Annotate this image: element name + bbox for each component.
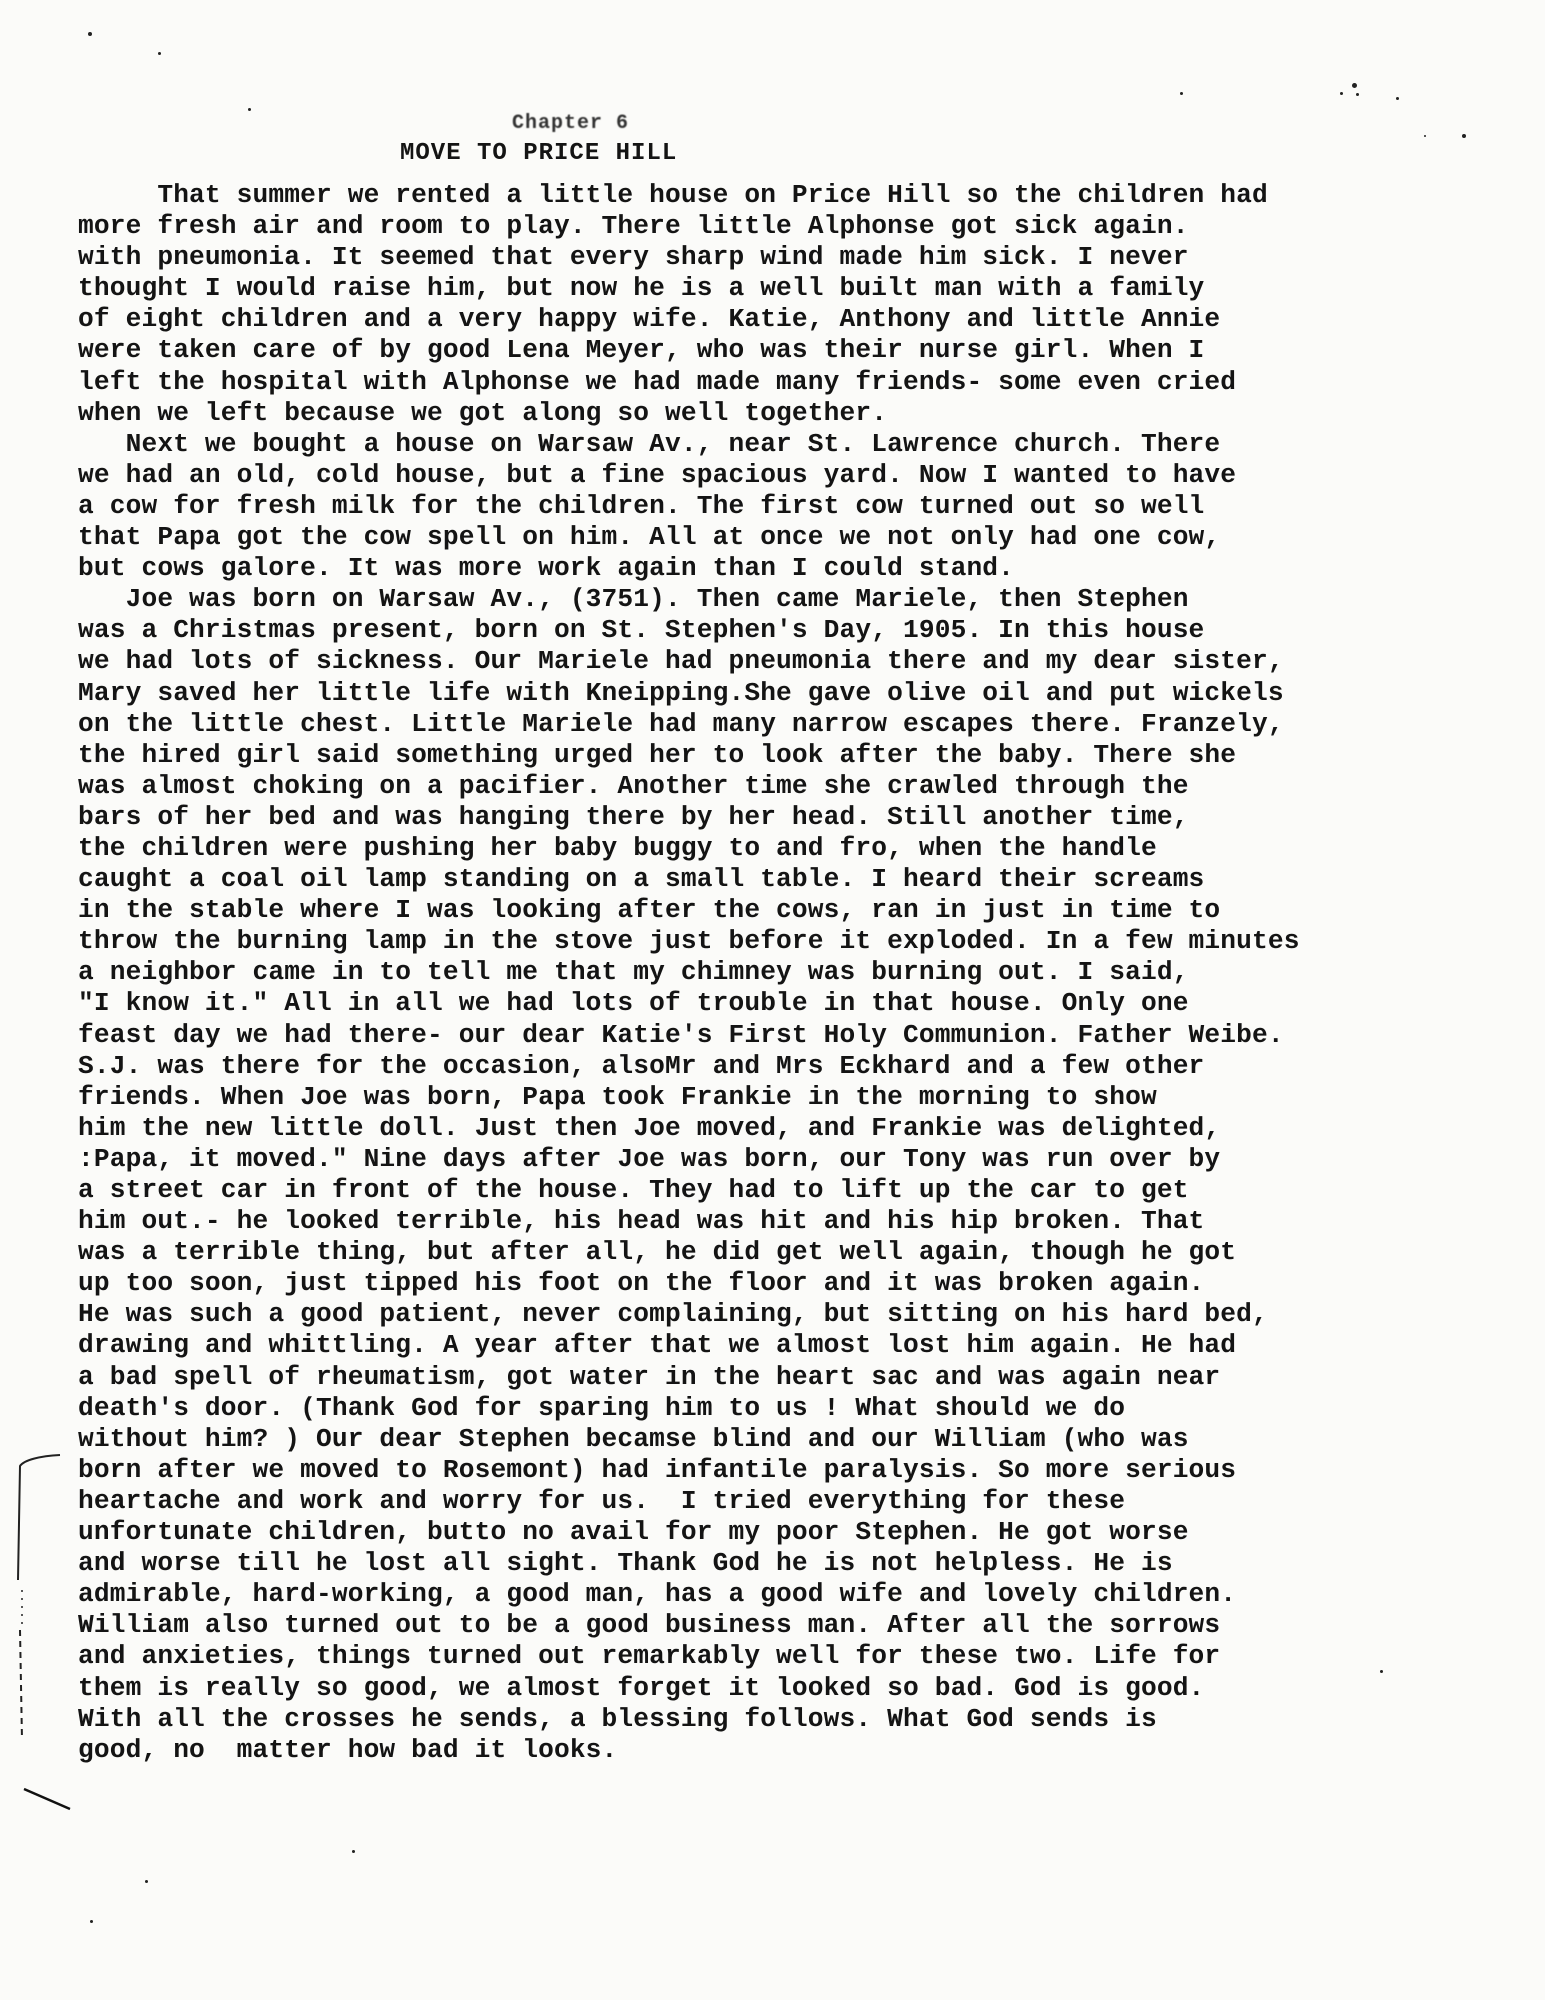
text-line: With all the crosses he sends, a blessin…: [78, 1704, 1498, 1735]
text-line: was a terrible thing, but after all, he …: [78, 1237, 1498, 1268]
text-line: on the little chest. Little Mariele had …: [78, 709, 1498, 740]
margin-bracket-mark: [10, 1450, 70, 1750]
text-line: them is really so good, we almost forget…: [78, 1673, 1498, 1704]
text-line: in the stable where I was looking after …: [78, 895, 1498, 926]
text-line: was a Christmas present, born on St. Ste…: [78, 615, 1498, 646]
text-line: friends. When Joe was born, Papa took Fr…: [78, 1082, 1498, 1113]
text-line: up too soon, just tipped his foot on the…: [78, 1268, 1498, 1299]
text-line: Joe was born on Warsaw Av., (3751). Then…: [78, 584, 1498, 615]
text-line: admirable, hard-working, a good man, has…: [78, 1579, 1498, 1610]
chapter-title: MOVE TO PRICE HILL: [400, 140, 677, 167]
text-line: He was such a good patient, never compla…: [78, 1299, 1498, 1330]
text-line: thought I would raise him, but now he is…: [78, 273, 1498, 304]
scanned-document-page: Chapter 6 MOVE TO PRICE HILL One had h T…: [0, 0, 1545, 2000]
text-line: Next we bought a house on Warsaw Av., ne…: [78, 429, 1498, 460]
text-line: throw the burning lamp in the stove just…: [78, 926, 1498, 957]
text-line: death's door. (Thank God for sparing him…: [78, 1393, 1498, 1424]
text-line: the children were pushing her baby buggy…: [78, 833, 1498, 864]
text-line: heartache and work and worry for us. I t…: [78, 1486, 1498, 1517]
text-line: we had lots of sickness. Our Mariele had…: [78, 646, 1498, 677]
margin-tick-mark: [20, 1785, 80, 1815]
text-line: caught a coal oil lamp standing on a sma…: [78, 864, 1498, 895]
text-line: "I know it." All in all we had lots of t…: [78, 988, 1498, 1019]
text-line: the hired girl said something urged her …: [78, 740, 1498, 771]
text-line: S.J. was there for the occasion, alsoMr …: [78, 1051, 1498, 1082]
text-line: William also turned out to be a good bus…: [78, 1610, 1498, 1641]
text-line: feast day we had there- our dear Katie's…: [78, 1020, 1498, 1051]
text-line: That summer we rented a little house on …: [78, 180, 1498, 211]
text-line: a street car in front of the house. They…: [78, 1175, 1498, 1206]
cropped-edge-note: One had h: [1485, 8, 1545, 148]
text-line: we had an old, cold house, but a fine sp…: [78, 460, 1498, 491]
text-line: him the new little doll. Just then Joe m…: [78, 1113, 1498, 1144]
text-line: unfortunate children, butto no avail for…: [78, 1517, 1498, 1548]
text-line: but cows galore. It was more work again …: [78, 553, 1498, 584]
chapter-label: Chapter 6: [512, 112, 629, 135]
text-line: and anxieties, things turned out remarka…: [78, 1641, 1498, 1672]
text-line: born after we moved to Rosemont) had inf…: [78, 1455, 1498, 1486]
text-line: without him? ) Our dear Stephen becamse …: [78, 1424, 1498, 1455]
text-line: a neighbor came in to tell me that my ch…: [78, 957, 1498, 988]
text-line: was almost choking on a pacifier. Anothe…: [78, 771, 1498, 802]
text-line: and worse till he lost all sight. Thank …: [78, 1548, 1498, 1579]
text-line: :Papa, it moved." Nine days after Joe wa…: [78, 1144, 1498, 1175]
text-line: a bad spell of rheumatism, got water in …: [78, 1362, 1498, 1393]
text-line: bars of her bed and was hanging there by…: [78, 802, 1498, 833]
text-line: a cow for fresh milk for the children. T…: [78, 491, 1498, 522]
document-body: That summer we rented a little house on …: [78, 180, 1498, 1766]
text-line: drawing and whittling. A year after that…: [78, 1330, 1498, 1361]
text-line: left the hospital with Alphonse we had m…: [78, 367, 1498, 398]
text-line: good, no matter how bad it looks.: [78, 1735, 1498, 1766]
text-line: that Papa got the cow spell on him. All …: [78, 522, 1498, 553]
text-line: when we left because we got along so wel…: [78, 398, 1498, 429]
text-line: were taken care of by good Lena Meyer, w…: [78, 335, 1498, 366]
text-line: of eight children and a very happy wife.…: [78, 304, 1498, 335]
text-line: him out.- he looked terrible, his head w…: [78, 1206, 1498, 1237]
text-line: more fresh air and room to play. There l…: [78, 211, 1498, 242]
text-line: with pneumonia. It seemed that every sha…: [78, 242, 1498, 273]
text-line: Mary saved her little life with Kneippin…: [78, 678, 1498, 709]
